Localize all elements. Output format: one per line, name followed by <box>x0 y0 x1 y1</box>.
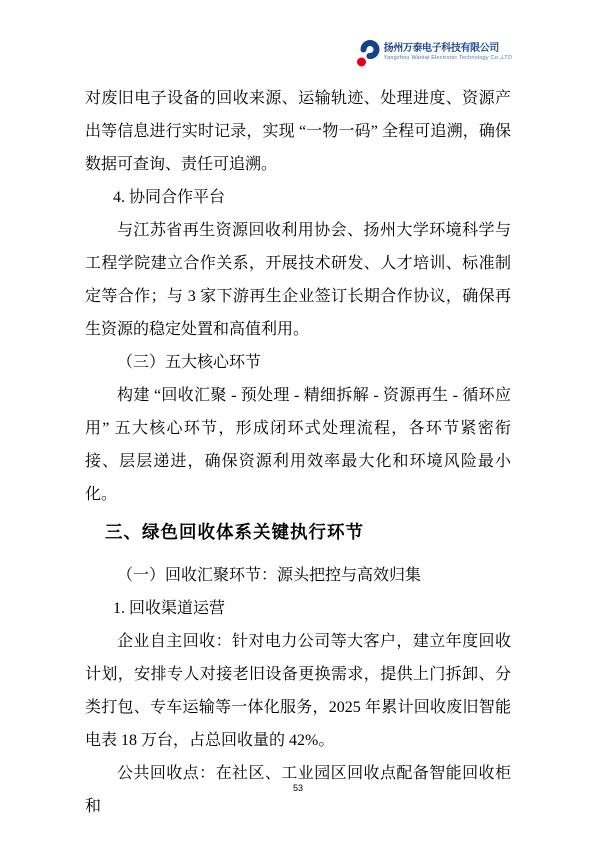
document-body: 对废旧电子设备的回收来源、运输轨迹、处理进度、资源产出等信息进行实时记录，实现 … <box>85 82 511 823</box>
paragraph-cooperation: 与江苏省再生资源回收利用协会、扬州大学环境科学与工程学院建立合作关系，开展技术研… <box>85 214 511 346</box>
page-number: 53 <box>0 783 596 793</box>
company-logo-icon <box>356 38 380 68</box>
sub-section-heading-1: （一）回收汇聚环节：源头把控与高效归集 <box>85 559 511 592</box>
numbered-subheading-1: 1. 回收渠道运营 <box>85 592 511 625</box>
paragraph-five-core-links: 构建 “回收汇聚 - 预处理 - 精细拆解 - 资源再生 - 循环应用” 五大核… <box>85 379 511 511</box>
company-logo: 扬州万泰电子科技有限公司 Yangzhou Wantai Electronic … <box>356 38 512 68</box>
company-name-zh: 扬州万泰电子科技有限公司 <box>384 44 512 55</box>
paragraph-traceability: 对废旧电子设备的回收来源、运输轨迹、处理进度、资源产出等信息进行实时记录，实现 … <box>85 82 511 181</box>
company-logo-text: 扬州万泰电子科技有限公司 Yangzhou Wantai Electronic … <box>384 44 512 61</box>
section-heading-3: 三、绿色回收体系关键执行环节 <box>85 518 511 546</box>
numbered-subheading-4: 4. 协同合作平台 <box>85 181 511 214</box>
company-name-en: Yangzhou Wantai Electronic Technology Co… <box>384 56 512 62</box>
document-page: 扬州万泰电子科技有限公司 Yangzhou Wantai Electronic … <box>0 0 596 842</box>
paragraph-enterprise-recycling: 企业自主回收：针对电力公司等大客户，建立年度回收计划，安排专人对接老旧设备更换需… <box>85 625 511 757</box>
sub-section-heading-3: （三）五大核心环节 <box>85 346 511 379</box>
